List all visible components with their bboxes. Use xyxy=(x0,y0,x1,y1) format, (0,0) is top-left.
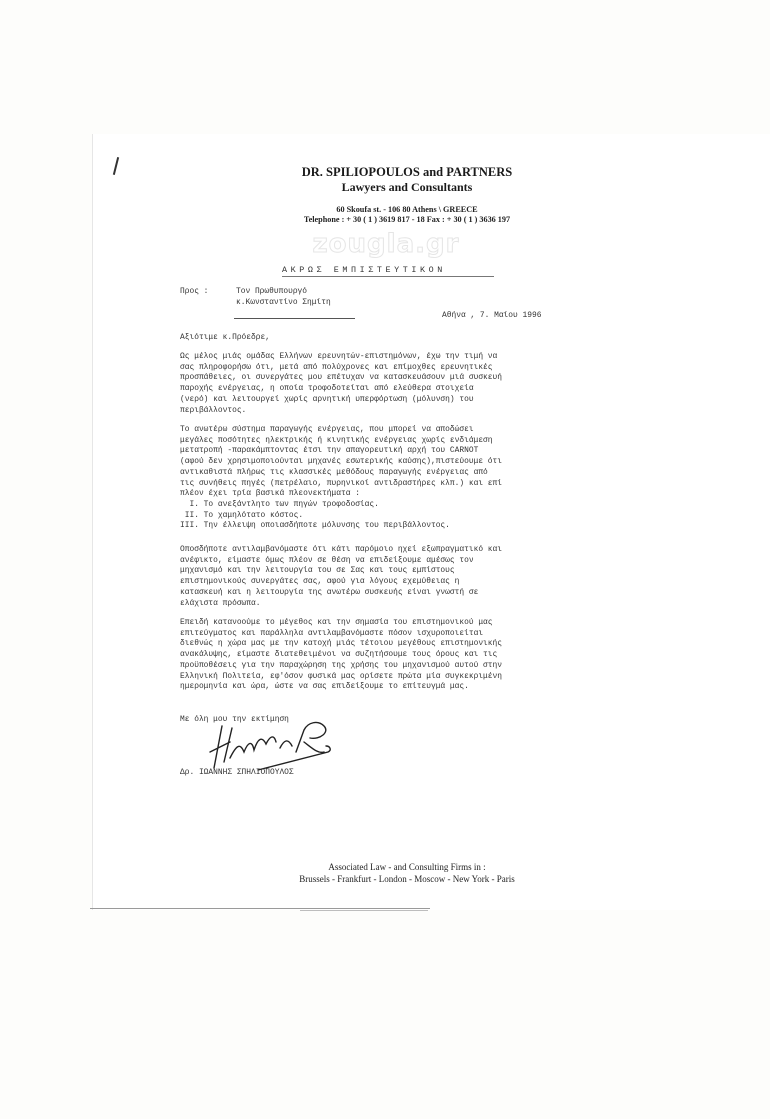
list-item: I. Το ανεξάντλητο των πηγών τροφοδοσίας. xyxy=(180,500,450,511)
paragraph-line: Επειδή κατανοούμε το μέγεθος και την σημ… xyxy=(180,618,557,629)
paragraph-line: τις συνήθεις πηγές (πετρέλαιο, πυρηνικοί… xyxy=(180,479,557,490)
paragraph-line: Ως μέλος μιάς ομάδας Ελλήνων ερευνητών-ε… xyxy=(180,352,557,363)
paragraph-line: πλέον έχει τρία βασικά πλεονεκτήματα : xyxy=(180,489,557,500)
body-paragraph: Ως μέλος μιάς ομάδας Ελλήνων ερευνητών-ε… xyxy=(180,352,557,416)
list-item: III. Την έλλειψη οποιασδήποτε μόλυνσης τ… xyxy=(180,521,450,532)
firm-subtitle: Lawyers and Consultants xyxy=(22,180,770,195)
paragraph-line: διεθνώς η χώρα μας με την κατοχή μιάς τέ… xyxy=(180,639,557,650)
recipient-name: κ.Κωνσταντίνο Σημίτη xyxy=(236,298,331,309)
body-paragraph: Επειδή κατανοούμε το μέγεθος και την σημ… xyxy=(180,618,557,693)
paragraph-line: προσπάθειες, οι συνεργάτες μου επέτυχαν … xyxy=(180,373,557,384)
footer-associated: Associated Law - and Consulting Firms in… xyxy=(22,862,770,872)
advantages-list: I. Το ανεξάντλητο των πηγών τροφοδοσίας.… xyxy=(180,500,450,532)
paragraph-line: (αφού δεν χρησιμοποιούνται μηχανές εσωτε… xyxy=(180,457,557,468)
body-paragraph: Το ανωτέρω σύστημα παραγωγής ενέργειας, … xyxy=(180,425,557,500)
paragraph-line: μετατροπή -παρακάμπτοντας έτσι την απαγο… xyxy=(180,446,557,457)
paragraph-line: Το ανωτέρω σύστημα παραγωγής ενέργειας, … xyxy=(180,425,557,436)
footer-cities: Brussels - Frankfurt - London - Moscow -… xyxy=(22,874,770,884)
paragraph-line: Ελληνική Πολιτεία, εφ'όσον φυσικά μας ορ… xyxy=(180,672,557,683)
classification-heading: ΑΚΡΩΣ ΕΜΠΙΣΤΕΥΤΙΚΟΝ xyxy=(282,265,494,277)
paragraph-line: μεγάλες ποσότητες ηλεκτρικής ή κινητικής… xyxy=(180,436,557,447)
paragraph-line: επιτεύγματος και παράλληλα αντιλαμβανόμα… xyxy=(180,629,557,640)
signatory-name: Δρ. ΙΩΑΝΝΗΣ ΣΠΗΛΙΟΠΟΥΛΟΣ xyxy=(180,768,294,779)
firm-name: DR. SPILIOPOULOS and PARTNERS xyxy=(22,165,770,180)
paragraph-line: κατασκευή και η λειτουργία της ανωτέρω σ… xyxy=(180,588,557,599)
watermark: zougla.gr xyxy=(296,229,476,259)
signature-icon xyxy=(200,712,340,774)
paragraph-line: περιβάλλοντος. xyxy=(180,406,557,417)
body-paragraph: Οποσδήποτε αντιλαμβανόμαστε ότι κάτι παρ… xyxy=(180,545,557,609)
paragraph-line: ανέφικτο, είμαστε όμως πλέον σε θέση να … xyxy=(180,556,557,567)
sheet-edge-shadow xyxy=(300,910,428,911)
paragraph-line: ανακάλυψης, είμαστε διατεθειμένοι να συζ… xyxy=(180,650,557,661)
recipient-label: Προς : xyxy=(180,287,208,298)
paragraph-line: (νερό) και λειτουργεί χωρίς αρνητική υπε… xyxy=(180,395,557,406)
firm-address: 60 Skoufa st. - 106 80 Athens \ GREECE xyxy=(22,205,770,214)
sheet-edge-shadow xyxy=(90,908,430,909)
paragraph-line: Οποσδήποτε αντιλαμβανόμαστε ότι κάτι παρ… xyxy=(180,545,557,556)
paragraph-line: σας πληροφορήσω ότι, μετά από πολύχρονες… xyxy=(180,363,557,374)
paragraph-line: αντικαθιστά πλήρως τις κλασσικές μεθόδου… xyxy=(180,468,557,479)
paragraph-line: προϋποθέσεις για την παραχώρηση της χρήσ… xyxy=(180,661,557,672)
list-item: II. Το χαμηλότατο κόστος. xyxy=(180,511,450,522)
salutation: Αξιότιμε κ.Πρόεδρε, xyxy=(180,333,270,344)
letter-date: Αθήνα , 7. Μαίου 1996 xyxy=(442,311,541,322)
paragraph-line: ελάχιστα πρόσωπα. xyxy=(180,599,557,610)
recipient-underline xyxy=(234,318,355,319)
paragraph-line: ημερομηνία και ώρα, ώστε να σας επιδείξο… xyxy=(180,682,557,693)
paragraph-line: μηχανισμό και την λειτουργία του σε Σας … xyxy=(180,566,557,577)
paragraph-line: επιστημονικούς συνεργάτες σας, αφού για … xyxy=(180,577,557,588)
recipient-title: Τον Πρωθυπουργό xyxy=(236,287,307,298)
paragraph-line: παροχής ενέργειας, η οποία τροφοδοτείται… xyxy=(180,384,557,395)
firm-telephone: Telephone : + 30 ( 1 ) 3619 817 - 18 Fax… xyxy=(22,215,770,224)
